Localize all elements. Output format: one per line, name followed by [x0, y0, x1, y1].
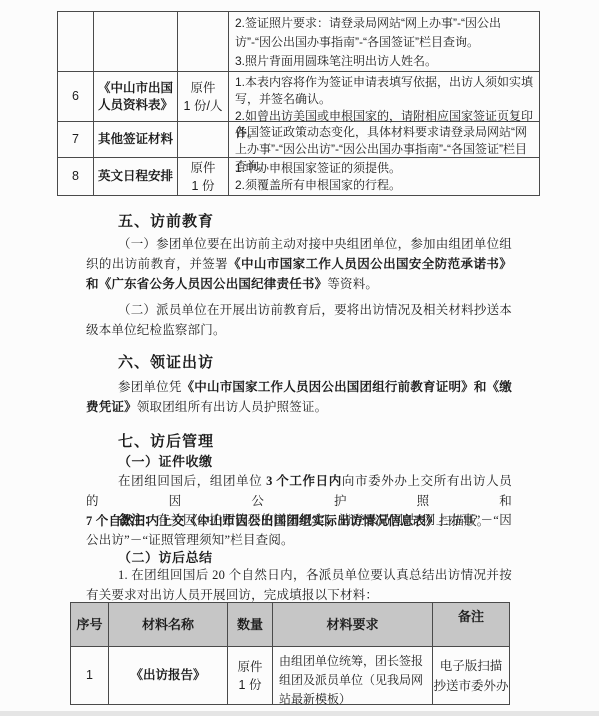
- qty-line: 1 份: [239, 676, 262, 694]
- row6-no: 6: [58, 72, 94, 122]
- section5-paragraph2: （二）派员单位在开展出访前教育后，要将出访情况及相关材料抄送本级本单位纪检监察部…: [86, 300, 512, 340]
- document-page: 2.签证照片要求：请登录局网站“网上办事”-“因公出访”-“因公出国办事指南”-…: [0, 0, 599, 716]
- header-name: 材料名称: [109, 603, 228, 647]
- header-qty: 数量: [228, 603, 273, 647]
- row6-req: 1.本表内容将作为签证申请表填写依据，出访人须如实填写，并签名确认。 2.如曾出…: [229, 72, 539, 122]
- section7-paragraph2: 1. 在团组回国后 20 个自然日内，各派员单位要认真总结出访情况并按有关要求对…: [86, 565, 512, 605]
- row8-qty: 原件 1 份: [178, 158, 229, 195]
- req-item: 2.须覆盖所有申根国家的行程。: [235, 177, 401, 194]
- carry-row-qty-cell: [178, 12, 229, 72]
- row7-qty: [178, 122, 229, 158]
- scan-edge: [0, 711, 599, 716]
- req-item: 1.本表内容将作为签证申请表填写依据，出访人须如实填写，并签名确认。: [235, 74, 533, 108]
- req-item: 3.照片背面用圆珠笔注明出访人姓名。: [235, 52, 437, 71]
- section6-heading: 六、领证出访: [86, 353, 512, 373]
- req-item: 2.签证照片要求：请登录局网站“网上办事”-“因公出访”-“因公出国办事指南”-…: [235, 14, 533, 52]
- brow1-note: 电子版扫描 抄送市委外办: [433, 647, 509, 704]
- materials-table-bottom: 序号 材料名称 数量 材料要求 备注 1 《出访报告》 原件 1 份 由组团单位…: [70, 602, 510, 705]
- section6-paragraph1: 参团单位凭《中山市国家工作人员因公出国团组行前教育证明》和《缴费凭证》领取团组所…: [86, 377, 512, 417]
- qty-line: 原件: [237, 658, 262, 676]
- section7-subheading1: （一）证件收缴: [86, 452, 512, 472]
- row7-req: 各国签证政策动态变化，具体材料要求请登录局网站“网上办事”-“因公出访”-“因公…: [229, 122, 539, 158]
- row8-req: 1.申办申根国家签证的须提供。 2.须覆盖所有申根国家的行程。: [229, 158, 539, 195]
- section7-note: 备注：有关因公护照管理的详细规定，请登录局网站“网上办事”－“因公出访”－“证照…: [86, 510, 512, 550]
- note-label: 备注：: [118, 513, 157, 527]
- bold-deadline: 3 个工作日内: [266, 474, 342, 488]
- text-segment: 参团单位凭: [118, 380, 182, 394]
- text-segment: 领取团组所有出访人员护照签证。: [137, 400, 328, 414]
- carry-row-req-cell: 2.签证照片要求：请登录局网站“网上办事”-“因公出访”-“因公出国办事指南”-…: [229, 12, 539, 72]
- brow1-name: 《出访报告》: [109, 647, 228, 704]
- row7-name: 其他签证材料: [94, 122, 178, 158]
- req-item: 1.申办申根国家签证的须提供。: [235, 160, 401, 177]
- qty-line: 原件: [190, 159, 215, 177]
- carry-row-name-cell: [94, 12, 178, 72]
- text-segment: 在团组回国后，组团单位: [118, 474, 266, 488]
- header-no: 序号: [71, 603, 109, 647]
- row6-name: 《中山市出国人员资料表》: [94, 72, 178, 122]
- text-segment: 等资料。: [327, 277, 378, 291]
- brow1-no: 1: [71, 647, 109, 704]
- header-req: 材料要求: [273, 603, 433, 647]
- row6-qty: 原件 1 份/人: [178, 72, 229, 122]
- note-line: 电子版扫描: [440, 656, 503, 676]
- row8-name: 英文日程安排: [94, 158, 178, 195]
- header-note: 备注: [433, 603, 509, 647]
- section5-heading: 五、访前教育: [86, 212, 512, 232]
- qty-line: 原件: [190, 79, 215, 97]
- section7-heading: 七、访后管理: [86, 432, 512, 452]
- row7-no: 7: [58, 122, 94, 158]
- brow1-qty: 原件 1 份: [228, 647, 273, 704]
- row8-no: 8: [58, 158, 94, 195]
- brow1-req: 由组团单位统筹，团长签报组团及派员单位（见我局网站最新模板）: [273, 647, 433, 704]
- carry-row-no-cell: [58, 12, 94, 72]
- qty-line: 1 份: [192, 177, 215, 195]
- qty-line: 1 份/人: [184, 97, 223, 115]
- materials-table-top: 2.签证照片要求：请登录局网站“网上办事”-“因公出访”-“因公出国办事指南”-…: [57, 11, 540, 196]
- section5-paragraph1: （一）参团单位要在出访前主动对接中央组团单位，参加由组团单位组织的出访前教育，并…: [86, 234, 512, 294]
- note-line: 抄送市委外办: [433, 676, 508, 696]
